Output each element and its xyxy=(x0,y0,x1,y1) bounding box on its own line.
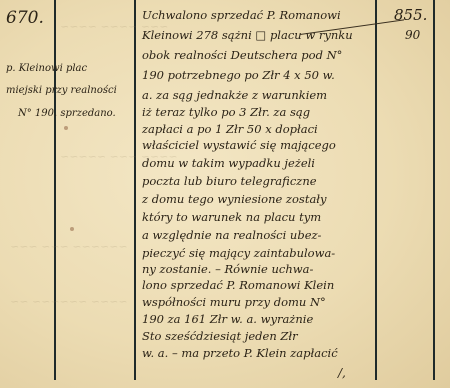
body-line: ny zostanie. – Równie uchwa- xyxy=(142,262,382,276)
ink-stain xyxy=(70,227,74,231)
body-line: Uchwalono sprzedać P. Romanowi xyxy=(142,8,382,22)
body-line: pieczyć się mający zaintabulowa- xyxy=(142,246,382,260)
body-line: domu w takim wypadku jeżeli xyxy=(142,156,382,170)
body-line: Sto sześćdziesiąt jeden Złr xyxy=(142,329,382,343)
column-rule-4 xyxy=(433,0,435,380)
body-line: a względnie na realności ubez- xyxy=(142,228,382,242)
column-rule-2 xyxy=(134,0,136,380)
closing-mark: /, xyxy=(338,366,346,380)
body-line: Kleinowi 278 sążni □ placu w rynku xyxy=(142,28,382,42)
body-line: obok realności Deutschera pod N° xyxy=(142,48,382,62)
margin-note-line: p. Kleinowi plac xyxy=(6,63,87,74)
body-line: a. za sąg jednakże z warunkiem xyxy=(142,88,382,102)
entry-number: 670. xyxy=(6,8,44,28)
body-line: który to warunek na placu tym xyxy=(142,210,382,224)
body-line: 190 za 161 Złr w. a. wyrażnie xyxy=(142,312,382,326)
body-line: współności muru przy domu N° xyxy=(142,295,382,309)
column-rule-1 xyxy=(54,0,56,380)
ink-stain xyxy=(64,126,68,130)
body-line: iż teraz tylko po 3 Złr. za sąg xyxy=(142,105,382,119)
bleed-through-text: ~~~~~~ ~~~ ~~~ xyxy=(10,240,128,253)
margin-note-line: miejski przy realności xyxy=(6,85,117,96)
body-line: z domu tego wyniesione zostały xyxy=(142,192,382,206)
bleed-through-text: ~~~~ ~~~~~~ ~~ xyxy=(10,295,128,308)
body-line: właściciel wystawić się mającego xyxy=(142,138,382,152)
body-line: zapłaci a po 1 Złr 50 x dopłaci xyxy=(142,122,382,136)
reference-subnumber: 90 xyxy=(405,28,420,42)
body-line: 190 potrzebnego po Złr 4 x 50 w. xyxy=(142,68,382,82)
body-line: w. a. – ma przeto P. Klein zapłacić xyxy=(142,346,382,360)
margin-note-line: N° 190. sprzedano. xyxy=(18,108,116,119)
body-line: poczta lub biuro telegraficzne xyxy=(142,174,382,188)
reference-number: 855. xyxy=(394,6,427,24)
body-line: lono sprzedać P. Romanowi Klein xyxy=(142,278,382,292)
ledger-page: ~~~ ~~~~ ~~~~ ~~~~ ~~~ ~~~~~ ~~~~~~ ~~~ … xyxy=(0,0,450,388)
